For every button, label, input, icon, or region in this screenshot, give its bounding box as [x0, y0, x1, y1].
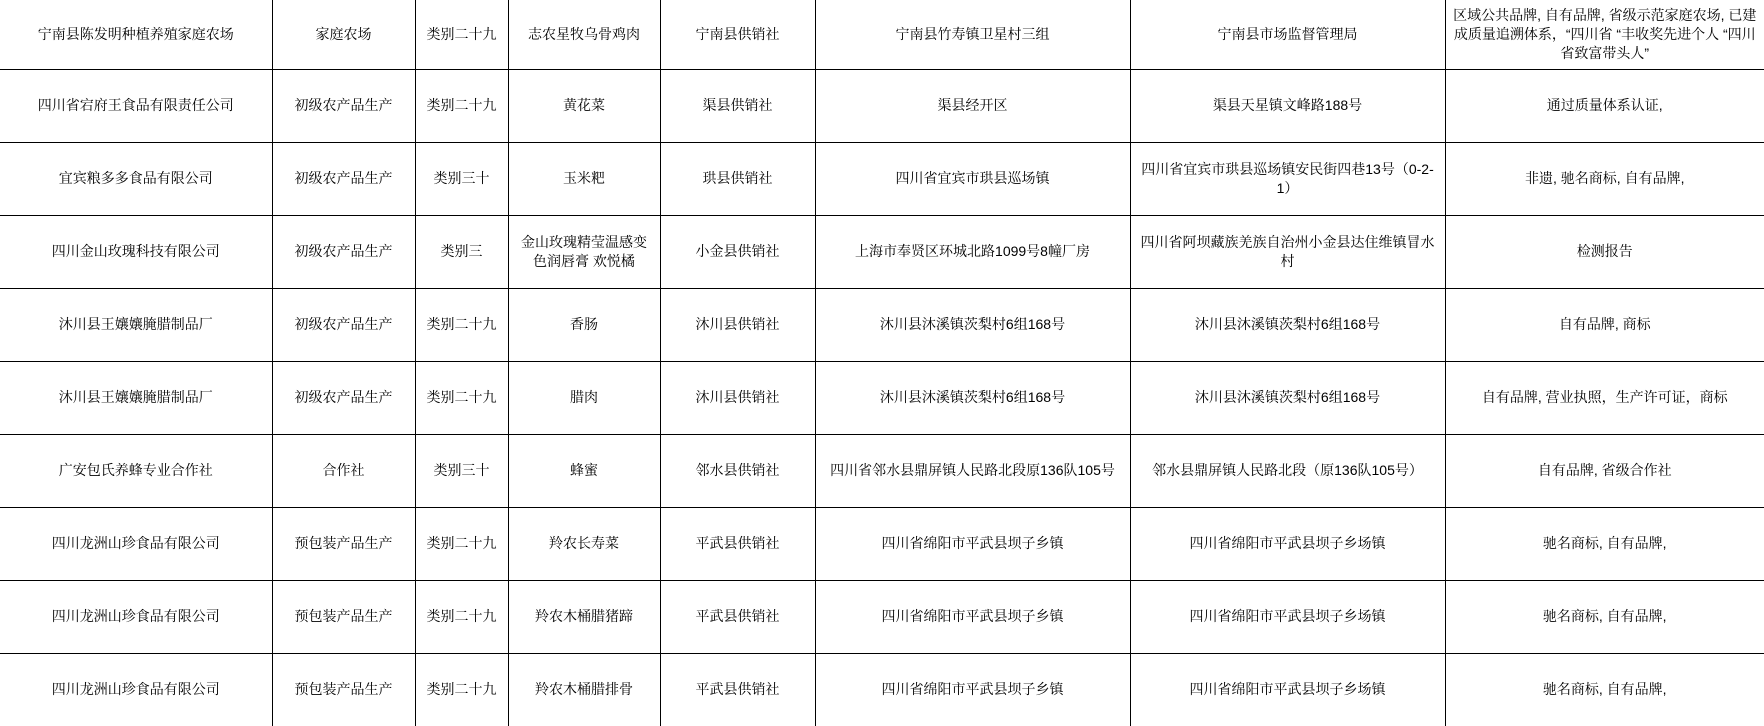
cell-notes: 区域公共品牌, 自有品牌, 省级示范家庭农场, 已建成质量追溯体系，“四川省 “…: [1445, 0, 1764, 69]
cell-category: 类别二十九: [415, 288, 508, 361]
cell-category: 类别二十九: [415, 507, 508, 580]
cell-product: 羚农长寿菜: [508, 507, 660, 580]
cell-company: 四川省宕府王食品有限责任公司: [0, 69, 272, 142]
cell-registered-address: 四川省宜宾市珙县巡场镇安民街四巷13号（0-2-1）: [1130, 142, 1445, 215]
table-row: 四川金山玫瑰科技有限公司初级农产品生产类别三金山玫瑰精莹温感变色润唇膏 欢悦橘小…: [0, 215, 1764, 288]
cell-registered-address: 沐川县沐溪镇茨梨村6组168号: [1130, 288, 1445, 361]
product-table-body: 宁南县陈发明种植养殖家庭农场家庭农场类别二十九志农星牧乌骨鸡肉宁南县供销社宁南县…: [0, 0, 1764, 726]
cell-address: 四川省绵阳市平武县坝子乡镇: [815, 580, 1130, 653]
cell-product: 玉米粑: [508, 142, 660, 215]
cell-category: 类别二十九: [415, 69, 508, 142]
table-row: 广安包氏养蜂专业合作社合作社类别三十蜂蜜邻水县供销社四川省邻水县鼎屏镇人民路北段…: [0, 434, 1764, 507]
cell-category: 类别二十九: [415, 580, 508, 653]
cell-cooperative: 宁南县供销社: [660, 0, 815, 69]
cell-company: 四川金山玫瑰科技有限公司: [0, 215, 272, 288]
cell-cooperative: 平武县供销社: [660, 507, 815, 580]
cell-company: 广安包氏养蜂专业合作社: [0, 434, 272, 507]
cell-category: 类别二十九: [415, 653, 508, 726]
cell-address: 上海市奉贤区环城北路1099号8幢厂房: [815, 215, 1130, 288]
table-row: 宜宾粮多多食品有限公司初级农产品生产类别三十玉米粑珙县供销社四川省宜宾市珙县巡场…: [0, 142, 1764, 215]
cell-company: 四川龙洲山珍食品有限公司: [0, 507, 272, 580]
cell-product: 黄花菜: [508, 69, 660, 142]
table-row: 沐川县王孃孃腌腊制品厂初级农产品生产类别二十九香肠沐川县供销社沐川县沐溪镇茨梨村…: [0, 288, 1764, 361]
cell-category: 类别三十: [415, 434, 508, 507]
cell-notes: 自有品牌, 商标: [1445, 288, 1764, 361]
cell-producer-type: 初级农产品生产: [272, 142, 415, 215]
cell-company: 宁南县陈发明种植养殖家庭农场: [0, 0, 272, 69]
cell-notes: 通过质量体系认证,: [1445, 69, 1764, 142]
cell-address: 四川省绵阳市平武县坝子乡镇: [815, 653, 1130, 726]
cell-producer-type: 预包装产品生产: [272, 580, 415, 653]
cell-cooperative: 平武县供销社: [660, 653, 815, 726]
cell-product: 香肠: [508, 288, 660, 361]
table-row: 四川龙洲山珍食品有限公司预包装产品生产类别二十九羚农木桶腊排骨平武县供销社四川省…: [0, 653, 1764, 726]
cell-product: 金山玫瑰精莹温感变色润唇膏 欢悦橘: [508, 215, 660, 288]
cell-notes: 非遗, 驰名商标, 自有品牌,: [1445, 142, 1764, 215]
cell-registered-address: 四川省绵阳市平武县坝子乡场镇: [1130, 507, 1445, 580]
cell-company: 沐川县王孃孃腌腊制品厂: [0, 288, 272, 361]
cell-address: 四川省绵阳市平武县坝子乡镇: [815, 507, 1130, 580]
cell-producer-type: 初级农产品生产: [272, 215, 415, 288]
cell-cooperative: 邻水县供销社: [660, 434, 815, 507]
cell-cooperative: 平武县供销社: [660, 580, 815, 653]
cell-product: 腊肉: [508, 361, 660, 434]
cell-registered-address: 沐川县沐溪镇茨梨村6组168号: [1130, 361, 1445, 434]
cell-address: 宁南县竹寿镇卫星村三组: [815, 0, 1130, 69]
cell-producer-type: 初级农产品生产: [272, 361, 415, 434]
cell-category: 类别三十: [415, 142, 508, 215]
cell-category: 类别二十九: [415, 361, 508, 434]
cell-cooperative: 沐川县供销社: [660, 288, 815, 361]
document-table-view: 宁南县陈发明种植养殖家庭农场家庭农场类别二十九志农星牧乌骨鸡肉宁南县供销社宁南县…: [0, 0, 1764, 726]
cell-notes: 驰名商标, 自有品牌,: [1445, 580, 1764, 653]
product-table: 宁南县陈发明种植养殖家庭农场家庭农场类别二十九志农星牧乌骨鸡肉宁南县供销社宁南县…: [0, 0, 1764, 726]
cell-cooperative: 沐川县供销社: [660, 361, 815, 434]
cell-product: 羚农木桶腊猪蹄: [508, 580, 660, 653]
cell-producer-type: 预包装产品生产: [272, 507, 415, 580]
table-row: 沐川县王孃孃腌腊制品厂初级农产品生产类别二十九腊肉沐川县供销社沐川县沐溪镇茨梨村…: [0, 361, 1764, 434]
cell-registered-address: 渠县天星镇文峰路188号: [1130, 69, 1445, 142]
cell-address: 四川省邻水县鼎屏镇人民路北段原136队105号: [815, 434, 1130, 507]
cell-notes: 自有品牌, 省级合作社: [1445, 434, 1764, 507]
cell-address: 沐川县沐溪镇茨梨村6组168号: [815, 361, 1130, 434]
cell-company: 四川龙洲山珍食品有限公司: [0, 580, 272, 653]
cell-product: 蜂蜜: [508, 434, 660, 507]
cell-notes: 检测报告: [1445, 215, 1764, 288]
cell-registered-address: 四川省阿坝藏族羌族自治州小金县达住维镇冒水村: [1130, 215, 1445, 288]
cell-product: 羚农木桶腊排骨: [508, 653, 660, 726]
cell-address: 沐川县沐溪镇茨梨村6组168号: [815, 288, 1130, 361]
cell-cooperative: 珙县供销社: [660, 142, 815, 215]
table-row: 宁南县陈发明种植养殖家庭农场家庭农场类别二十九志农星牧乌骨鸡肉宁南县供销社宁南县…: [0, 0, 1764, 69]
cell-category: 类别二十九: [415, 0, 508, 69]
cell-producer-type: 合作社: [272, 434, 415, 507]
cell-notes: 驰名商标, 自有品牌,: [1445, 507, 1764, 580]
cell-company: 沐川县王孃孃腌腊制品厂: [0, 361, 272, 434]
cell-registered-address: 宁南县市场监督管理局: [1130, 0, 1445, 69]
cell-producer-type: 预包装产品生产: [272, 653, 415, 726]
cell-producer-type: 家庭农场: [272, 0, 415, 69]
cell-registered-address: 四川省绵阳市平武县坝子乡场镇: [1130, 580, 1445, 653]
table-row: 四川龙洲山珍食品有限公司预包装产品生产类别二十九羚农木桶腊猪蹄平武县供销社四川省…: [0, 580, 1764, 653]
cell-notes: 自有品牌, 营业执照，生产许可证，商标: [1445, 361, 1764, 434]
cell-company: 四川龙洲山珍食品有限公司: [0, 653, 272, 726]
cell-registered-address: 四川省绵阳市平武县坝子乡场镇: [1130, 653, 1445, 726]
table-row: 四川龙洲山珍食品有限公司预包装产品生产类别二十九羚农长寿菜平武县供销社四川省绵阳…: [0, 507, 1764, 580]
cell-address: 四川省宜宾市珙县巡场镇: [815, 142, 1130, 215]
cell-category: 类别三: [415, 215, 508, 288]
cell-address: 渠县经开区: [815, 69, 1130, 142]
cell-cooperative: 小金县供销社: [660, 215, 815, 288]
cell-producer-type: 初级农产品生产: [272, 69, 415, 142]
cell-registered-address: 邻水县鼎屏镇人民路北段（原136队105号）: [1130, 434, 1445, 507]
cell-producer-type: 初级农产品生产: [272, 288, 415, 361]
cell-company: 宜宾粮多多食品有限公司: [0, 142, 272, 215]
cell-notes: 驰名商标, 自有品牌,: [1445, 653, 1764, 726]
cell-cooperative: 渠县供销社: [660, 69, 815, 142]
table-row: 四川省宕府王食品有限责任公司初级农产品生产类别二十九黄花菜渠县供销社渠县经开区渠…: [0, 69, 1764, 142]
cell-product: 志农星牧乌骨鸡肉: [508, 0, 660, 69]
